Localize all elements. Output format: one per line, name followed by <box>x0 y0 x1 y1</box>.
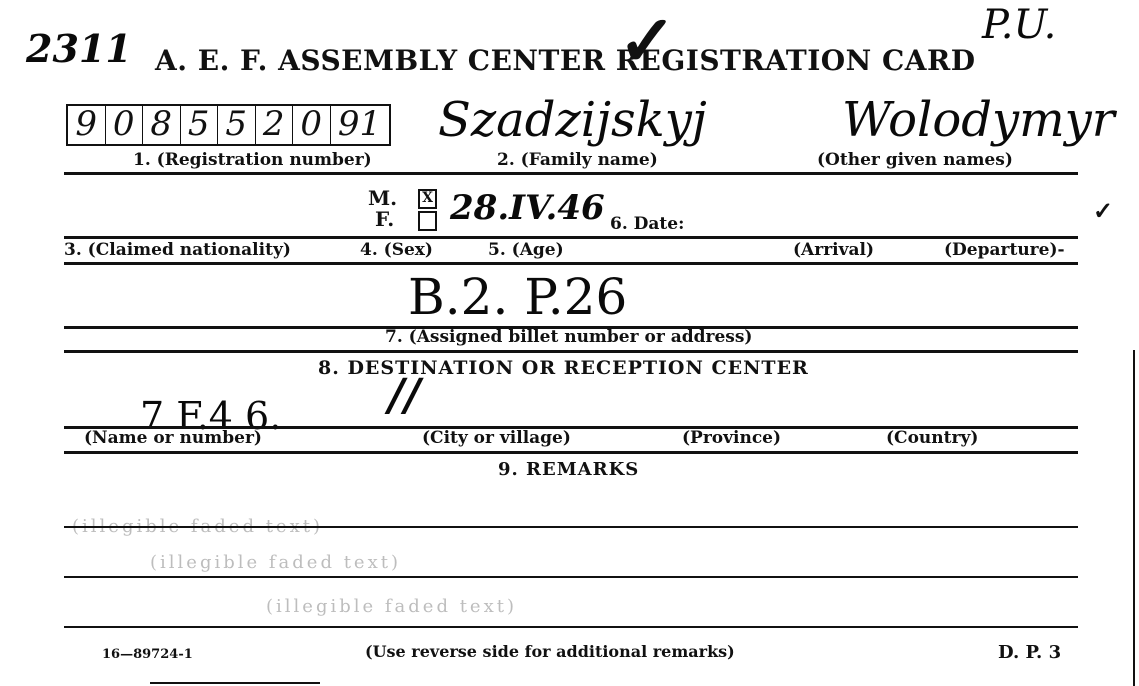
divider-line <box>64 172 1078 175</box>
scan-edge <box>150 682 320 684</box>
remarks-line: (illegible faded text) <box>150 552 401 573</box>
destination-province-label: (Province) <box>682 428 781 448</box>
given-names-value: Wolodymyr <box>842 92 1115 148</box>
claimed-nationality-label: 3. (Claimed nationality) <box>64 240 291 260</box>
reg-digit: 0 <box>106 106 144 144</box>
divider-line <box>64 526 1078 528</box>
divider-line <box>64 262 1078 265</box>
handwritten-card-number: 2311 <box>26 26 132 71</box>
reg-digit: 91 <box>331 106 389 144</box>
form-number: 16—89724-1 <box>102 647 193 662</box>
side-check-icon: ✓ <box>1093 196 1113 225</box>
reg-digit: 5 <box>218 106 256 144</box>
destination-country-label: (Country) <box>886 428 978 448</box>
card-title: A. E. F. ASSEMBLY CENTER REGISTRATION CA… <box>155 44 976 77</box>
reg-digit: 2 <box>256 106 294 144</box>
divider-line <box>64 626 1078 628</box>
scan-edge <box>1133 350 1135 686</box>
divider-line <box>64 236 1078 239</box>
destination-name-label: (Name or number) <box>84 428 262 448</box>
family-name-value: Szadzijskyj <box>438 92 707 148</box>
family-name-label: 2. (Family name) <box>497 150 658 170</box>
divider-line <box>64 350 1078 353</box>
billet-label: 7. (Assigned billet number or address) <box>385 327 752 347</box>
date-label: 6. Date: <box>610 214 684 234</box>
reg-digit: 0 <box>293 106 331 144</box>
divider-line <box>64 576 1078 578</box>
registration-number-boxes: 9 0 8 5 5 2 0 91 <box>66 104 391 146</box>
sex-m-checkbox[interactable]: X <box>418 189 437 209</box>
reverse-side-note: (Use reverse side for additional remarks… <box>365 642 735 661</box>
billet-value: B.2. P.26 <box>408 268 627 326</box>
form-code: D. P. 3 <box>998 642 1061 663</box>
divider-line <box>64 451 1078 454</box>
arrival-label: (Arrival) <box>793 240 874 260</box>
age-value: 28.IV.46 <box>450 188 605 228</box>
destination-city-label: (City or village) <box>422 428 571 448</box>
registration-number-label: 1. (Registration number) <box>133 150 372 170</box>
remarks-line: (illegible faded text) <box>266 596 517 617</box>
age-label: 5. (Age) <box>488 240 564 260</box>
reg-digit: 5 <box>181 106 219 144</box>
reg-digit: 8 <box>143 106 181 144</box>
other-given-names-label: (Other given names) <box>817 150 1013 170</box>
departure-label: (Departure)- <box>944 240 1065 260</box>
sex-f-checkbox[interactable] <box>418 211 437 231</box>
remarks-heading: 9. REMARKS <box>498 459 639 480</box>
sex-f-label: F. <box>375 207 394 231</box>
initials-annotation: P.U. <box>982 2 1056 48</box>
destination-stroke: // <box>388 370 420 421</box>
sex-label: 4. (Sex) <box>360 240 433 260</box>
check-mark-icon: ✓ <box>618 6 677 76</box>
reg-digit: 9 <box>68 106 106 144</box>
